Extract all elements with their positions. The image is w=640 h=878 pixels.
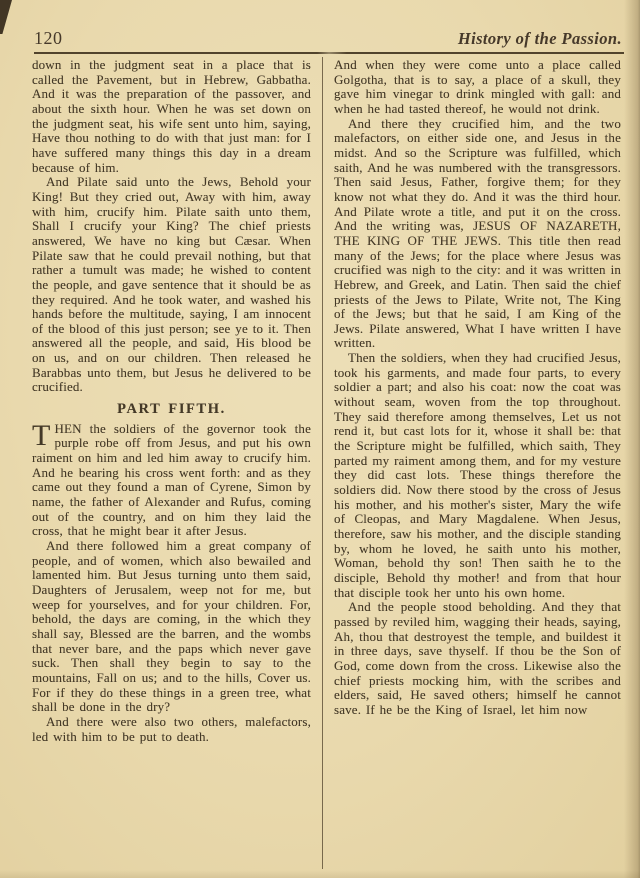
paragraph: And the people stood beholding. And they… — [334, 600, 621, 717]
paragraph: Then the soldiers, when they had crucifi… — [334, 351, 621, 600]
paragraph: And Pilate said unto the Jews, Behold yo… — [32, 175, 311, 395]
paragraph-dropcap: THEN the soldiers of the governor took t… — [32, 422, 311, 539]
paragraph: down in the judgment seat in a place tha… — [32, 58, 311, 175]
scan-edge-shadow-right — [624, 0, 640, 878]
running-title: History of the Passion. — [458, 29, 622, 49]
book-page: 120 History of the Passion. down in the … — [0, 0, 640, 878]
drop-cap-initial: T — [32, 422, 54, 449]
left-column: down in the judgment seat in a place tha… — [32, 58, 311, 744]
paragraph: And there followed him a great company o… — [32, 539, 311, 715]
paragraph: And there were also two others, malefact… — [32, 715, 311, 744]
paragraph: And there they crucified him, and the tw… — [334, 117, 621, 352]
column-divider — [322, 57, 323, 869]
page-number: 120 — [34, 28, 63, 49]
paragraph: And when they were come unto a place cal… — [334, 58, 621, 117]
header-rule — [34, 52, 624, 54]
scan-corner-mark — [0, 0, 12, 34]
section-heading: PART FIFTH. — [32, 402, 311, 417]
page-header: 120 History of the Passion. — [34, 28, 622, 50]
scan-edge-shadow-bottom — [0, 870, 640, 878]
right-column: And when they were come unto a place cal… — [334, 58, 621, 718]
